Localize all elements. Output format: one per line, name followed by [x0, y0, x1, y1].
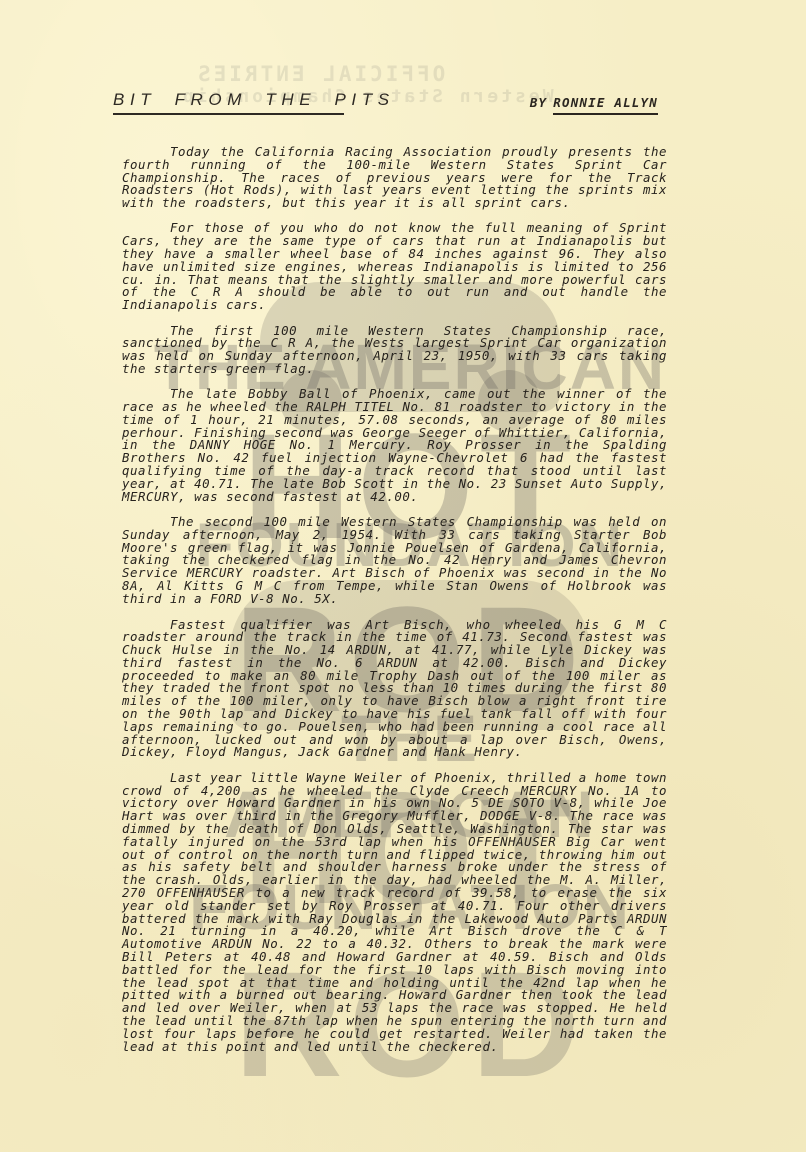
paragraph-1954-qualifying: Fastest qualifier was Art Bisch, who whe…	[122, 619, 667, 760]
paragraph-last-year: Last year little Wayne Weiler of Phoenix…	[122, 772, 667, 1054]
paragraph-first-race: The first 100 mile Western States Champi…	[122, 325, 667, 376]
paragraph-1954-race: The second 100 mile Western States Champ…	[122, 516, 667, 606]
article-header: BIT FROM THE PITS BYRONNIE ALLYN	[112, 90, 660, 116]
paragraph-intro: Today the California Racing Association …	[122, 146, 667, 210]
paragraph-1950-results: The late Bobby Ball of Phoenix, came out…	[122, 388, 667, 503]
byline: BYRONNIE ALLYN	[530, 95, 658, 110]
bleed-through-heading: OFFICIAL ENTRIES	[195, 62, 445, 86]
author-name: RONNIE ALLYN	[553, 95, 658, 115]
paragraph-sprint-cars: For those of you who do not know the ful…	[122, 222, 667, 312]
article-title: BIT FROM THE PITS	[113, 90, 344, 115]
byline-prefix: BY	[530, 95, 547, 110]
article-body: Today the California Racing Association …	[122, 146, 667, 1066]
